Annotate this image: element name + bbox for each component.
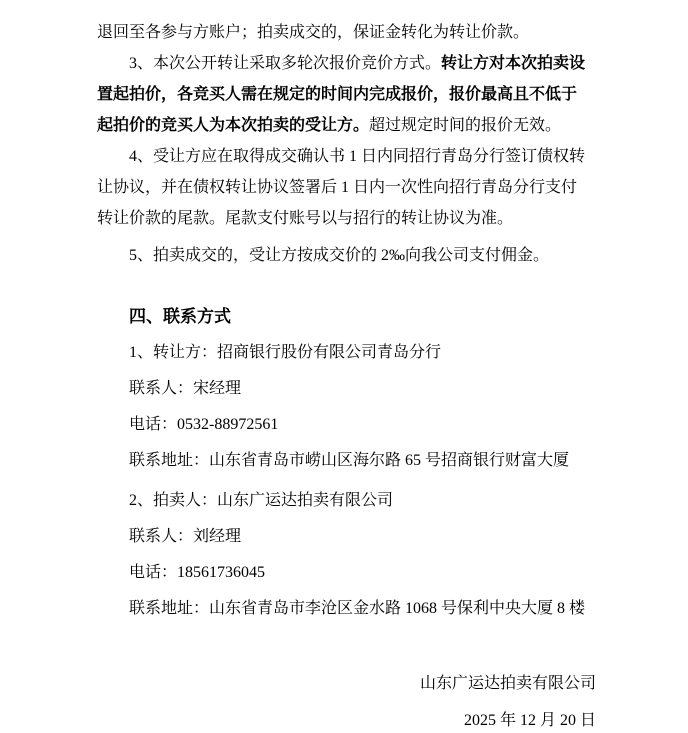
contact-auctioneer-phone-segment-0: 电话：18561736045 bbox=[129, 564, 265, 581]
contact-transferor-phone: 电话：0532-88972561 bbox=[97, 409, 648, 440]
contact-transferor-person-segment-0: 联系人：宋经理 bbox=[129, 380, 241, 397]
contact-auctioneer-phone: 电话：18561736045 bbox=[97, 557, 648, 588]
signature-date: 2025 年 12 月 20 日 bbox=[97, 705, 596, 733]
para-commission: 5、拍卖成交的，受让方按成交价的 2‰向我公司支付佣金。 bbox=[97, 240, 648, 271]
para-deposit-refund: 退回至各参与方账户；拍卖成交的，保证金转化为转让价款。 bbox=[97, 17, 648, 48]
contact-auctioneer: 2、拍卖人：山东广运达拍卖有限公司 bbox=[97, 485, 648, 516]
para-payment-terms: 4、受让方应在取得成交确认书 1 日内同招行青岛分行签订债权转 让协议，并在债权… bbox=[97, 141, 648, 234]
para-bidding-rules-segment-2: 超过规定时间的报价无效。 bbox=[369, 117, 561, 134]
contact-transferor: 1、转让方：招商银行股份有限公司青岛分行 bbox=[97, 337, 648, 368]
contact-transferor-address-segment-0: 联系地址：山东省青岛市崂山区海尔路 65 号招商银行财富大厦 bbox=[129, 452, 569, 469]
contact-transferor-segment-0: 1、转让方：招商银行股份有限公司青岛分行 bbox=[129, 344, 441, 361]
heading-contact-segment-0: 四、联系方式 bbox=[129, 307, 231, 326]
contact-auctioneer-person: 联系人：刘经理 bbox=[97, 521, 648, 552]
para-bidding-rules: 3、本次公开转让采取多轮次报价竞价方式。转让方对本次拍卖设 置起拍价，各竞买人需… bbox=[97, 48, 648, 141]
contact-transferor-person: 联系人：宋经理 bbox=[97, 373, 648, 404]
para-commission-segment-0: 5、拍卖成交的，受让方按成交价的 2‰向我公司支付佣金。 bbox=[129, 247, 549, 264]
contact-auctioneer-person-segment-0: 联系人：刘经理 bbox=[129, 528, 241, 545]
contact-auctioneer-address: 联系地址：山东省青岛市李沧区金水路 1068 号保利中央大厦 8 楼 bbox=[97, 593, 648, 624]
signature-company-segment-0: 山东广运达拍卖有限公司 bbox=[420, 675, 596, 692]
contact-auctioneer-address-segment-0: 联系地址：山东省青岛市李沧区金水路 1068 号保利中央大厦 8 楼 bbox=[129, 600, 585, 617]
contact-transferor-address: 联系地址：山东省青岛市崂山区海尔路 65 号招商银行财富大厦 bbox=[97, 445, 648, 476]
contact-auctioneer-segment-0: 2、拍卖人：山东广运达拍卖有限公司 bbox=[129, 492, 393, 509]
heading-contact: 四、联系方式 bbox=[97, 301, 648, 332]
document-page: 退回至各参与方账户；拍卖成交的，保证金转化为转让价款。3、本次公开转让采取多轮次… bbox=[0, 0, 688, 733]
signature-date-segment-0: 2025 年 12 月 20 日 bbox=[464, 712, 596, 729]
para-bidding-rules-segment-0: 3、本次公开转让采取多轮次报价竞价方式。 bbox=[129, 55, 441, 72]
para-deposit-refund-segment-0: 退回至各参与方账户；拍卖成交的，保证金转化为转让价款。 bbox=[97, 24, 529, 41]
signature-company: 山东广运达拍卖有限公司 bbox=[97, 668, 596, 699]
contact-transferor-phone-segment-0: 电话：0532-88972561 bbox=[129, 416, 278, 433]
para-payment-terms-segment-0: 4、受让方应在取得成交确认书 1 日内同招行青岛分行签订债权转 让协议，并在债权… bbox=[97, 148, 585, 227]
